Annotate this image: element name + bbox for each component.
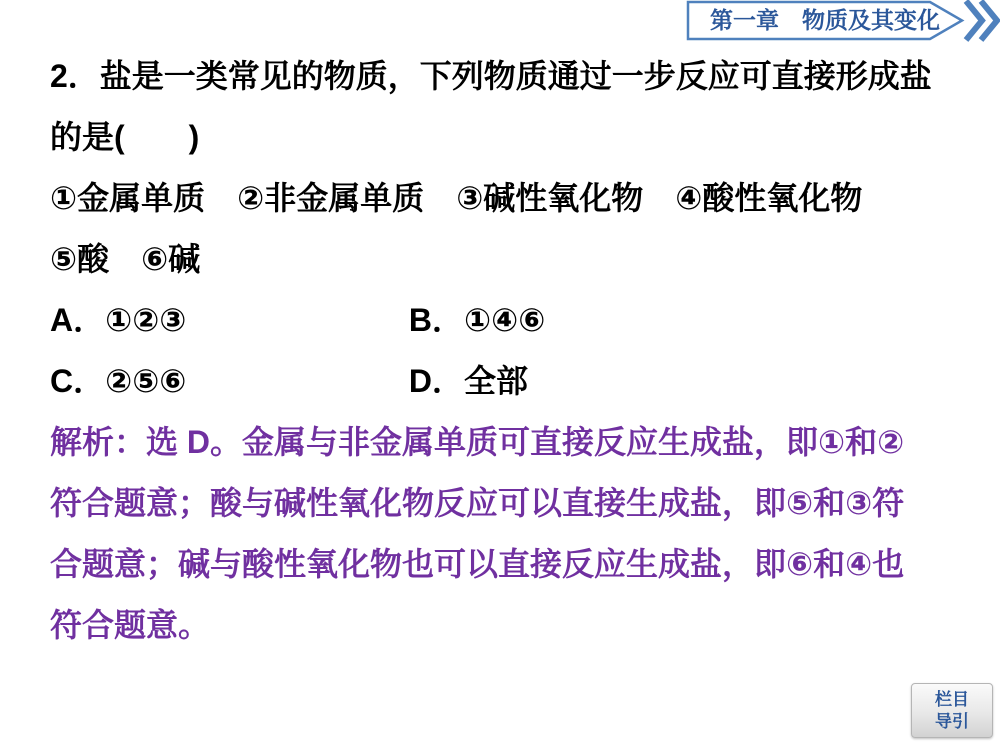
- question-items-line2: ⑤酸 ⑥碱: [50, 229, 950, 290]
- choice-b: B．①④⑥: [409, 302, 545, 338]
- question-stem-line1: 2．盐是一类常见的物质，下列物质通过一步反应可直接形成盐: [50, 46, 950, 107]
- choice-row-ab: A．①②③ B．①④⑥: [50, 290, 950, 351]
- analysis-line4: 符合题意。: [50, 595, 950, 656]
- question-stem-line2: 的是( ): [50, 107, 950, 168]
- choice-a: A．①②③: [50, 290, 400, 351]
- analysis-line3: 合题意；碱与酸性氧化物也可以直接反应生成盐，即⑥和④也: [50, 534, 950, 595]
- choice-row-cd: C．②⑤⑥ D．全部: [50, 351, 950, 412]
- nav-button-label-line1: 栏目: [935, 689, 969, 711]
- question-items-line1: ①金属单质 ②非金属单质 ③碱性氧化物 ④酸性氧化物: [50, 168, 950, 229]
- analysis-line2: 符合题意；酸与碱性氧化物反应可以直接生成盐，即⑤和③符: [50, 473, 950, 534]
- choice-d: D．全部: [409, 363, 528, 399]
- nav-button-label-line2: 导引: [935, 711, 969, 733]
- question-content: 2．盐是一类常见的物质，下列物质通过一步反应可直接形成盐 的是( ) ①金属单质…: [0, 0, 1000, 656]
- slide: 第一章 物质及其变化 2．盐是一类常见的物质，下列物质通过一步反应可直接形成盐 …: [0, 0, 1000, 750]
- analysis-line1: 解析：选 D。金属与非金属单质可直接反应生成盐，即①和②: [50, 412, 950, 473]
- choice-c: C．②⑤⑥: [50, 351, 400, 412]
- nav-button[interactable]: 栏目 导引: [911, 683, 993, 738]
